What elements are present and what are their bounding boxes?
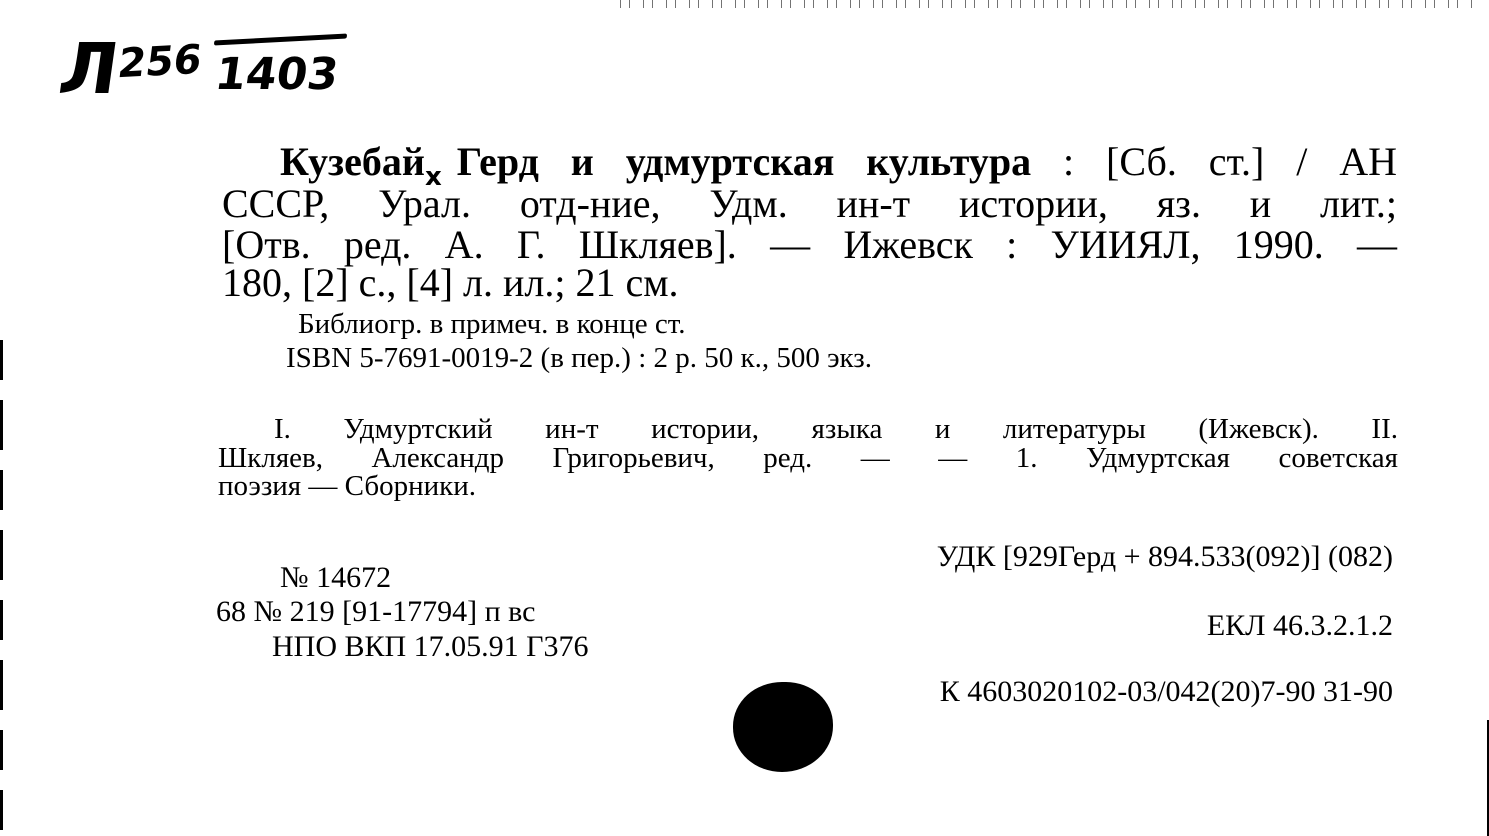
shelfmark-prefix: Л [54,28,122,110]
k-code: К 4603020102-03/042(20)7-90 31-90 [940,675,1393,709]
handwritten-shelfmark: Л2561403 [60,28,338,110]
tracing-line-1: I. Удмуртский ин-т истории, языка и лите… [218,414,1398,444]
entry-imprint-line: [Отв. ред. А. Г. Шкляев]. — Ижевск : УИИ… [222,225,1397,265]
entry-title: Кузебай Герд и удмуртская культура [280,139,1031,184]
printer-line: НПО ВКП 17.05.91 Г376 [272,632,589,662]
card-left-edge [0,340,3,830]
ink-blot [733,682,833,772]
entry-title-rest: : [Сб. ст.] / АН [1031,139,1397,184]
shelfmark-number: 256 [115,37,204,88]
catalog-card: Л2561403 Кузебай Герд и удмуртская культ… [0,0,1489,836]
entry-responsibility-line: СССР, Урал. отд-ние, Удм. ин-т истории, … [222,184,1397,224]
entry-collation-line: 180, [2] с., [4] л. ил.; 21 см. [222,263,679,303]
isbn-line: ISBN 5-7691-0019-2 (в пер.) : 2 р. 50 к.… [286,343,872,373]
tracing-line-3: поэзия — Сборники. [218,471,476,501]
scan-noise [620,0,1480,8]
udk-code: УДК [929Герд + 894.533(092)] (082) [937,540,1393,574]
tracing-line-2: Шкляев, Александр Григорьевич, ред. — — … [218,443,1398,473]
entry-heading-line: Кузебай Герд и удмуртская культура : [Сб… [222,142,1397,182]
shelfmark-sub-number: 1403 [212,43,342,100]
bibliography-note: Библиогр. в примеч. в конце ст. [298,309,686,339]
order-line: 68 № 219 [91-17794] п вс [216,597,535,627]
ekl-code: ЕКЛ 46.3.2.1.2 [1207,609,1393,643]
card-number: № 14672 [280,563,391,593]
